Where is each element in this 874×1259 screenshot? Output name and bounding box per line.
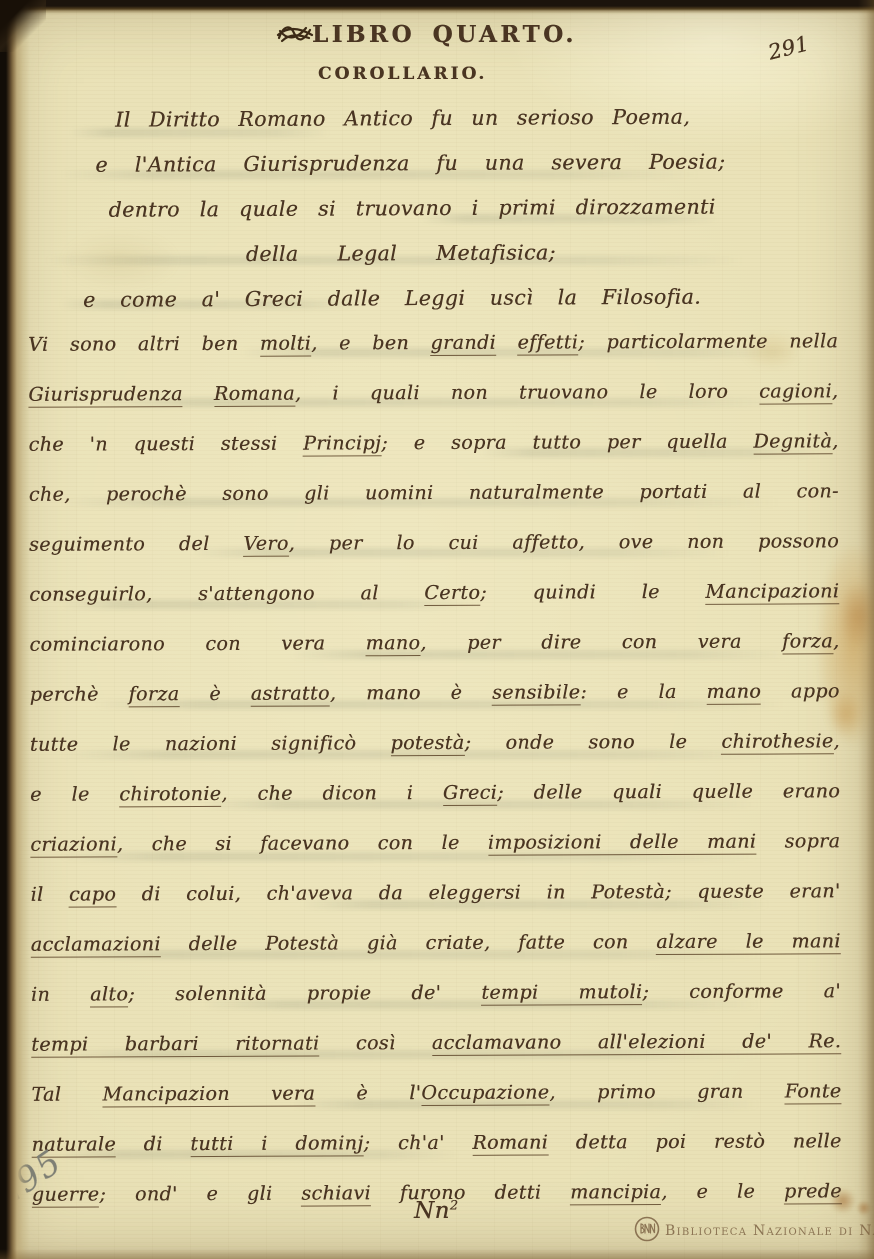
- manuscript-line: il capo di colui, ch'aveva da eleggersi …: [30, 866, 840, 920]
- manuscript-line: cominciarono con vera mano, per dire con…: [29, 616, 839, 670]
- scan-edge-top: [0, 0, 874, 14]
- manuscript-line: che, perochè sono gli uomini naturalment…: [29, 466, 839, 520]
- page-title: LIBRO QUARTO.: [312, 21, 577, 48]
- manuscript-line: perchè forza è astratto, mano è sensibil…: [30, 666, 840, 720]
- display-line: e come a' Greci dalle Leggi uscì la Filo…: [83, 275, 701, 323]
- display-line: dentro la quale si truovano i primi diro…: [108, 185, 715, 233]
- scribbled-word: [276, 22, 314, 50]
- catchword-letters: Nn: [414, 1198, 450, 1224]
- folio-number: 291: [766, 31, 812, 64]
- body-text: Vi sono altri ben molti, e ben grandi ef…: [28, 316, 842, 1220]
- manuscript-line: conseguirlo, s'attengono al Certo; quind…: [29, 566, 839, 620]
- manuscript-line: criazioni, che si facevano con le imposi…: [30, 816, 840, 870]
- catchword: Nn2: [414, 1198, 458, 1224]
- manuscript-line: Tal Mancipazion vera è l'Occupazione, pr…: [31, 1066, 841, 1120]
- display-line: della Legal Metafisica;: [246, 230, 556, 277]
- manuscript-line: che 'n questi stessi Principj; e sopra t…: [28, 416, 838, 470]
- catchword-superscript: 2: [450, 1198, 459, 1213]
- scan-corner-shadow: [0, 0, 46, 52]
- manuscript-line: seguimento del Vero, per lo cui affetto,…: [29, 516, 839, 570]
- manuscript-line: in alto; solennità propie de' tempi muto…: [31, 966, 841, 1020]
- bnn-monogram-icon: [634, 1216, 660, 1246]
- binding-gutter-edge: [0, 0, 30, 1259]
- manuscript-line: e le chirotonie, che dicon i Greci; dell…: [30, 766, 840, 820]
- display-line: e l'Antica Giurisprudenza fu una severa …: [95, 139, 725, 187]
- manuscript-line: Vi sono altri ben molti, e ben grandi ef…: [28, 316, 838, 370]
- display-line: Il Diritto Romano Antico fu un serioso P…: [115, 95, 690, 143]
- scan-edge-bottom: [0, 1249, 874, 1259]
- scan-edge-right: [858, 0, 874, 1259]
- watermark-text: Biblioteca Nazionale di Napoli: [665, 1223, 874, 1239]
- library-watermark: Biblioteca Nazionale di Napoli: [634, 1216, 874, 1246]
- manuscript-line: naturale di tutti i dominj; ch'a' Romani…: [32, 1116, 842, 1170]
- manuscript-line: tempi barbari ritornati così acclamavano…: [31, 1016, 841, 1070]
- manuscript-scan: LIBRO QUARTO. 291 COROLLARIO. Il Diritto…: [0, 0, 874, 1259]
- manuscript-line: Giurisprudenza Romana, i quali non truov…: [28, 366, 838, 420]
- display-lines: Il Diritto Romano Antico fu un serioso P…: [0, 94, 874, 99]
- manuscript-line: tutte le nazioni significò potestà; onde…: [30, 716, 840, 770]
- manuscript-line: acclamazioni delle Potestà già criate, f…: [31, 916, 841, 970]
- page-subtitle: COROLLARIO.: [318, 64, 487, 84]
